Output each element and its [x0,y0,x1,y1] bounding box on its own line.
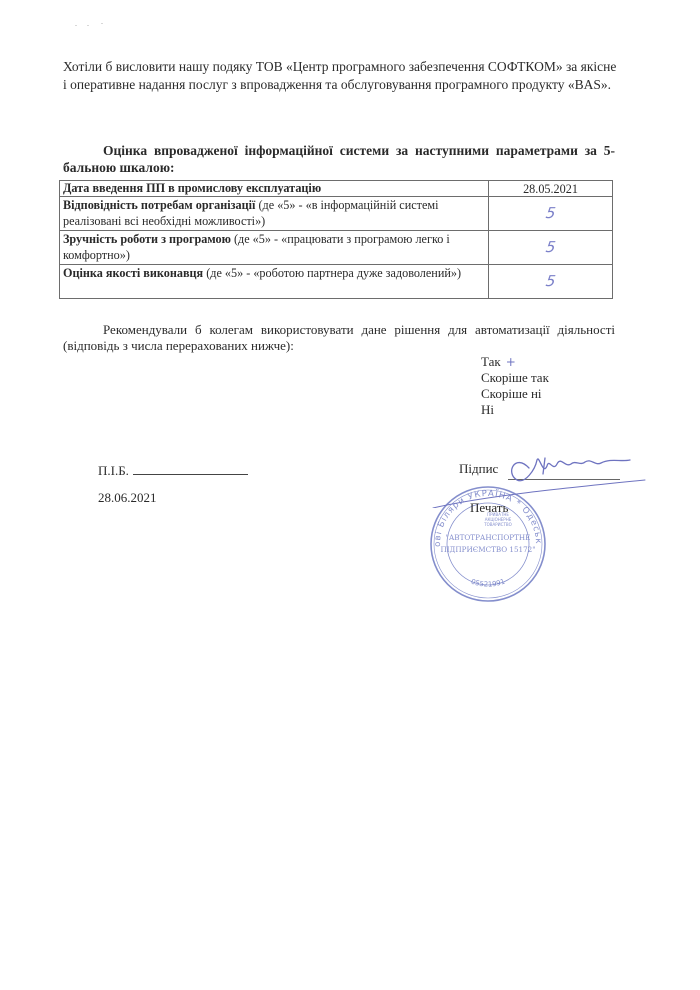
pib-blank-line [133,461,248,475]
score-cell: 5 [489,265,613,299]
criterion-cell: Відповідність потребам організації (де «… [60,197,489,231]
pib-label: П.І.Б. [98,463,129,478]
pib-field: П.І.Б. [98,461,248,479]
option-label: Скоріше ні [481,386,542,401]
svg-text:ПІДПРИЄМСТВО 15172": ПІДПРИЄМСТВО 15172" [440,545,535,554]
recommendation-options: Так+Скоріше такСкоріше ніНі [481,354,549,418]
criterion-cell: Дата введення ПП в промислову експлуатац… [60,181,489,197]
criterion-title: Дата введення ПП в промислову експлуатац… [63,181,321,195]
criterion-cell: Оцінка якості виконавця (де «5» - «робот… [60,265,489,299]
handwritten-mark: + [506,355,516,369]
handwritten-score: 5 [545,273,557,289]
evaluation-heading: Оцінка впровадженої інформаційної систем… [63,142,615,176]
criterion-cell: Зручність роботи з програмою (де «5» - «… [60,231,489,265]
document-date: 28.06.2021 [98,490,157,506]
recommendation-option: Скоріше ні [481,386,549,402]
score-cell: 5 [489,197,613,231]
criterion-title: Зручність роботи з програмою [63,232,231,246]
handwritten-score: 5 [545,205,557,221]
signature-icon [425,448,650,508]
recommendation-option: Ні [481,402,549,418]
svg-text:"АВТОТРАНСПОРТНЕ: "АВТОТРАНСПОРТНЕ [446,533,531,542]
scan-noise [75,23,115,29]
table-row: Зручність роботи з програмою (де «5» - «… [60,231,613,265]
document-page: Хотіли б висловити нашу подяку ТОВ «Цент… [0,0,700,990]
table-row: Дата введення ПП в промислову експлуатац… [60,181,613,197]
evaluation-table: Дата введення ПП в промислову експлуатац… [59,180,613,299]
handwritten-score: 5 [545,239,557,255]
criterion-description: (де «5» - «роботою партнера дуже задовол… [203,266,461,280]
svg-text:ТОВАРИСТВО: ТОВАРИСТВО [483,522,512,527]
recommendation-option: Скоріше так [481,370,549,386]
score-cell: 5 [489,231,613,265]
svg-text:05521991: 05521991 [470,578,506,589]
table-row: Оцінка якості виконавця (де «5» - «робот… [60,265,613,299]
score-cell: 28.05.2021 [489,181,613,197]
table-row: Відповідність потребам організації (де «… [60,197,613,231]
recommendation-option: Так+ [481,354,549,370]
criterion-title: Відповідність потребам організації [63,198,255,212]
recommendation-paragraph: Рекомендували б колегам використовувати … [63,322,615,354]
criterion-title: Оцінка якості виконавця [63,266,203,280]
date-value: 28.05.2021 [523,182,578,196]
thanks-paragraph: Хотіли б висловити нашу подяку ТОВ «Цент… [63,58,623,93]
option-label: Так [481,354,501,369]
option-label: Ні [481,402,494,417]
option-label: Скоріше так [481,370,549,385]
